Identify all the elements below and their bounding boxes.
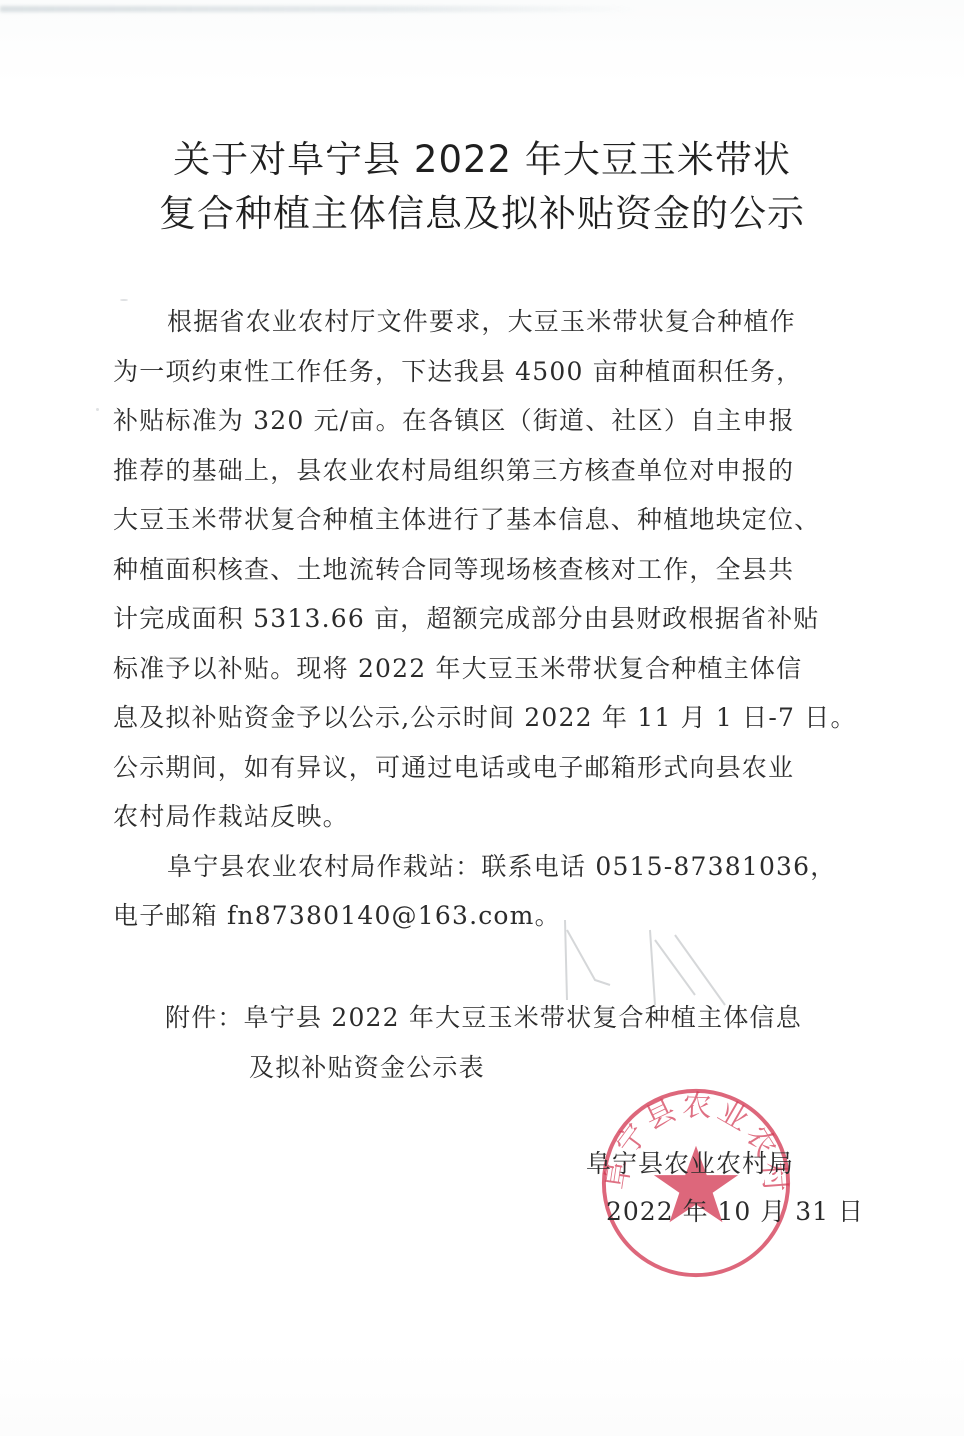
contact-phone-line: 阜宁县农业农村局作栽站：联系电话 0515-87381036， [113,842,853,892]
issue-date: 2022 年 10 月 31 日 [586,1188,864,1236]
issuer-name: 阜宁县农业农村局 [586,1140,864,1188]
signoff-block: 阜宁县农业农村局 2022 年 10 月 31 日 [586,1140,864,1236]
notice-body: 根据省农业农村厅文件要求，大豆玉米带状复合种植作 为一项约束性工作任务，下达我县… [113,297,853,941]
body-line: 种植面积核查、土地流转合同等现场核查核对工作，全县共 [113,545,853,595]
body-line: 推荐的基础上，县农业农村局组织第三方核查单位对申报的 [113,446,853,496]
body-line: 息及拟补贴资金予以公示,公示时间 2022 年 11 月 1 日-7 日。 [113,693,853,743]
title-line-2: 复合种植主体信息及拟补贴资金的公示 [0,187,964,241]
scan-speck [96,408,99,411]
title-line-1: 关于对阜宁县 2022 年大豆玉米带状 [0,133,964,187]
body-line: 大豆玉米带状复合种植主体进行了基本信息、种植地块定位、 [113,495,853,545]
body-line: 农村局作栽站反映。 [113,792,853,842]
body-line: 计完成面积 5313.66 亩，超额完成部分由县财政根据省补贴 [113,594,853,644]
scan-edge-shadow [0,6,640,12]
document-page: 关于对阜宁县 2022 年大豆玉米带状 复合种植主体信息及拟补贴资金的公示 根据… [0,0,964,1436]
body-line: 公示期间，如有异议，可通过电话或电子邮箱形式向县农业 [113,743,853,793]
attachment-line-1: 附件：阜宁县 2022 年大豆玉米带状复合种植主体信息 [165,993,802,1043]
attachment-note: 附件：阜宁县 2022 年大豆玉米带状复合种植主体信息 及拟补贴资金公示表 [165,993,802,1093]
body-line: 补贴标准为 320 元/亩。在各镇区（街道、社区）自主申报 [113,396,853,446]
document-title: 关于对阜宁县 2022 年大豆玉米带状 复合种植主体信息及拟补贴资金的公示 [0,133,964,241]
body-line: 标准予以补贴。现将 2022 年大豆玉米带状复合种植主体信 [113,644,853,694]
body-line: 根据省农业农村厅文件要求，大豆玉米带状复合种植作 [113,297,853,347]
body-line: 为一项约束性工作任务，下达我县 4500 亩种植面积任务， [113,347,853,397]
